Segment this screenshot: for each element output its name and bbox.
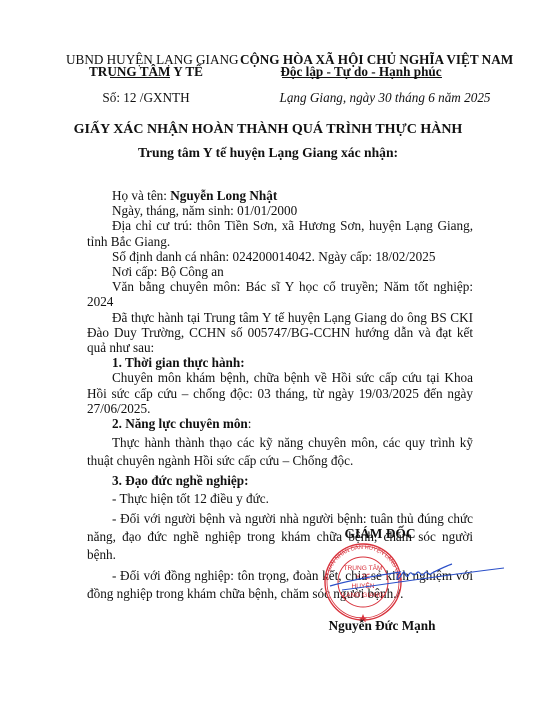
section-duration-text: Chuyên môn khám bệnh, chữa bệnh về Hồi s… (87, 370, 473, 416)
signer-name: Nguyễn Đức Mạnh (322, 618, 442, 634)
section-heading-duration: 1. Thời gian thực hành: (87, 355, 473, 370)
agency-underline (110, 77, 170, 78)
person-dob: Ngày, tháng, năm sinh: 01/01/2000 (87, 203, 473, 218)
competency-heading-colon: : (248, 416, 252, 431)
section-heading-ethics: 3. Đạo đức nghề nghiệp: (87, 473, 473, 488)
ethics-item-1: - Thực hiện tốt 12 điều y đức. (87, 491, 473, 506)
section-competency-text: Thực hành thành thạo các kỹ năng chuyên … (87, 434, 473, 470)
practice-statement: Đã thực hành tại Trung tâm Y tế huyện Lạ… (87, 310, 473, 356)
person-name-line: Họ và tên: Nguyễn Long Nhật (87, 188, 473, 203)
document-number: Số: 12 /GXNTH (66, 90, 226, 106)
document-subtitle: Trung tâm Y tế huyện Lạng Giang xác nhận… (0, 145, 536, 161)
competency-heading-text: 2. Năng lực chuyên môn (112, 416, 248, 431)
section-heading-competency: 2. Năng lực chuyên môn: (87, 416, 473, 431)
person-address: Địa chỉ cư trú: thôn Tiền Sơn, xã Hương … (87, 218, 473, 248)
place-and-date: Lạng Giang, ngày 30 tháng 6 năm 2025 (270, 90, 500, 106)
person-name: Nguyễn Long Nhật (170, 188, 277, 203)
person-degree: Văn bằng chuyên môn: Bác sĩ Y học cổ tru… (87, 279, 473, 309)
name-label: Họ và tên: (112, 188, 170, 203)
motto-underline (282, 77, 442, 78)
person-id-issuer: Nơi cấp: Bộ Công an (87, 264, 473, 279)
document-title: GIẤY XÁC NHẬN HOÀN THÀNH QUÁ TRÌNH THỰC … (0, 122, 536, 138)
handwritten-signature-icon (328, 556, 508, 596)
person-id: Số định danh cá nhân: 024200014042. Ngày… (87, 249, 473, 264)
